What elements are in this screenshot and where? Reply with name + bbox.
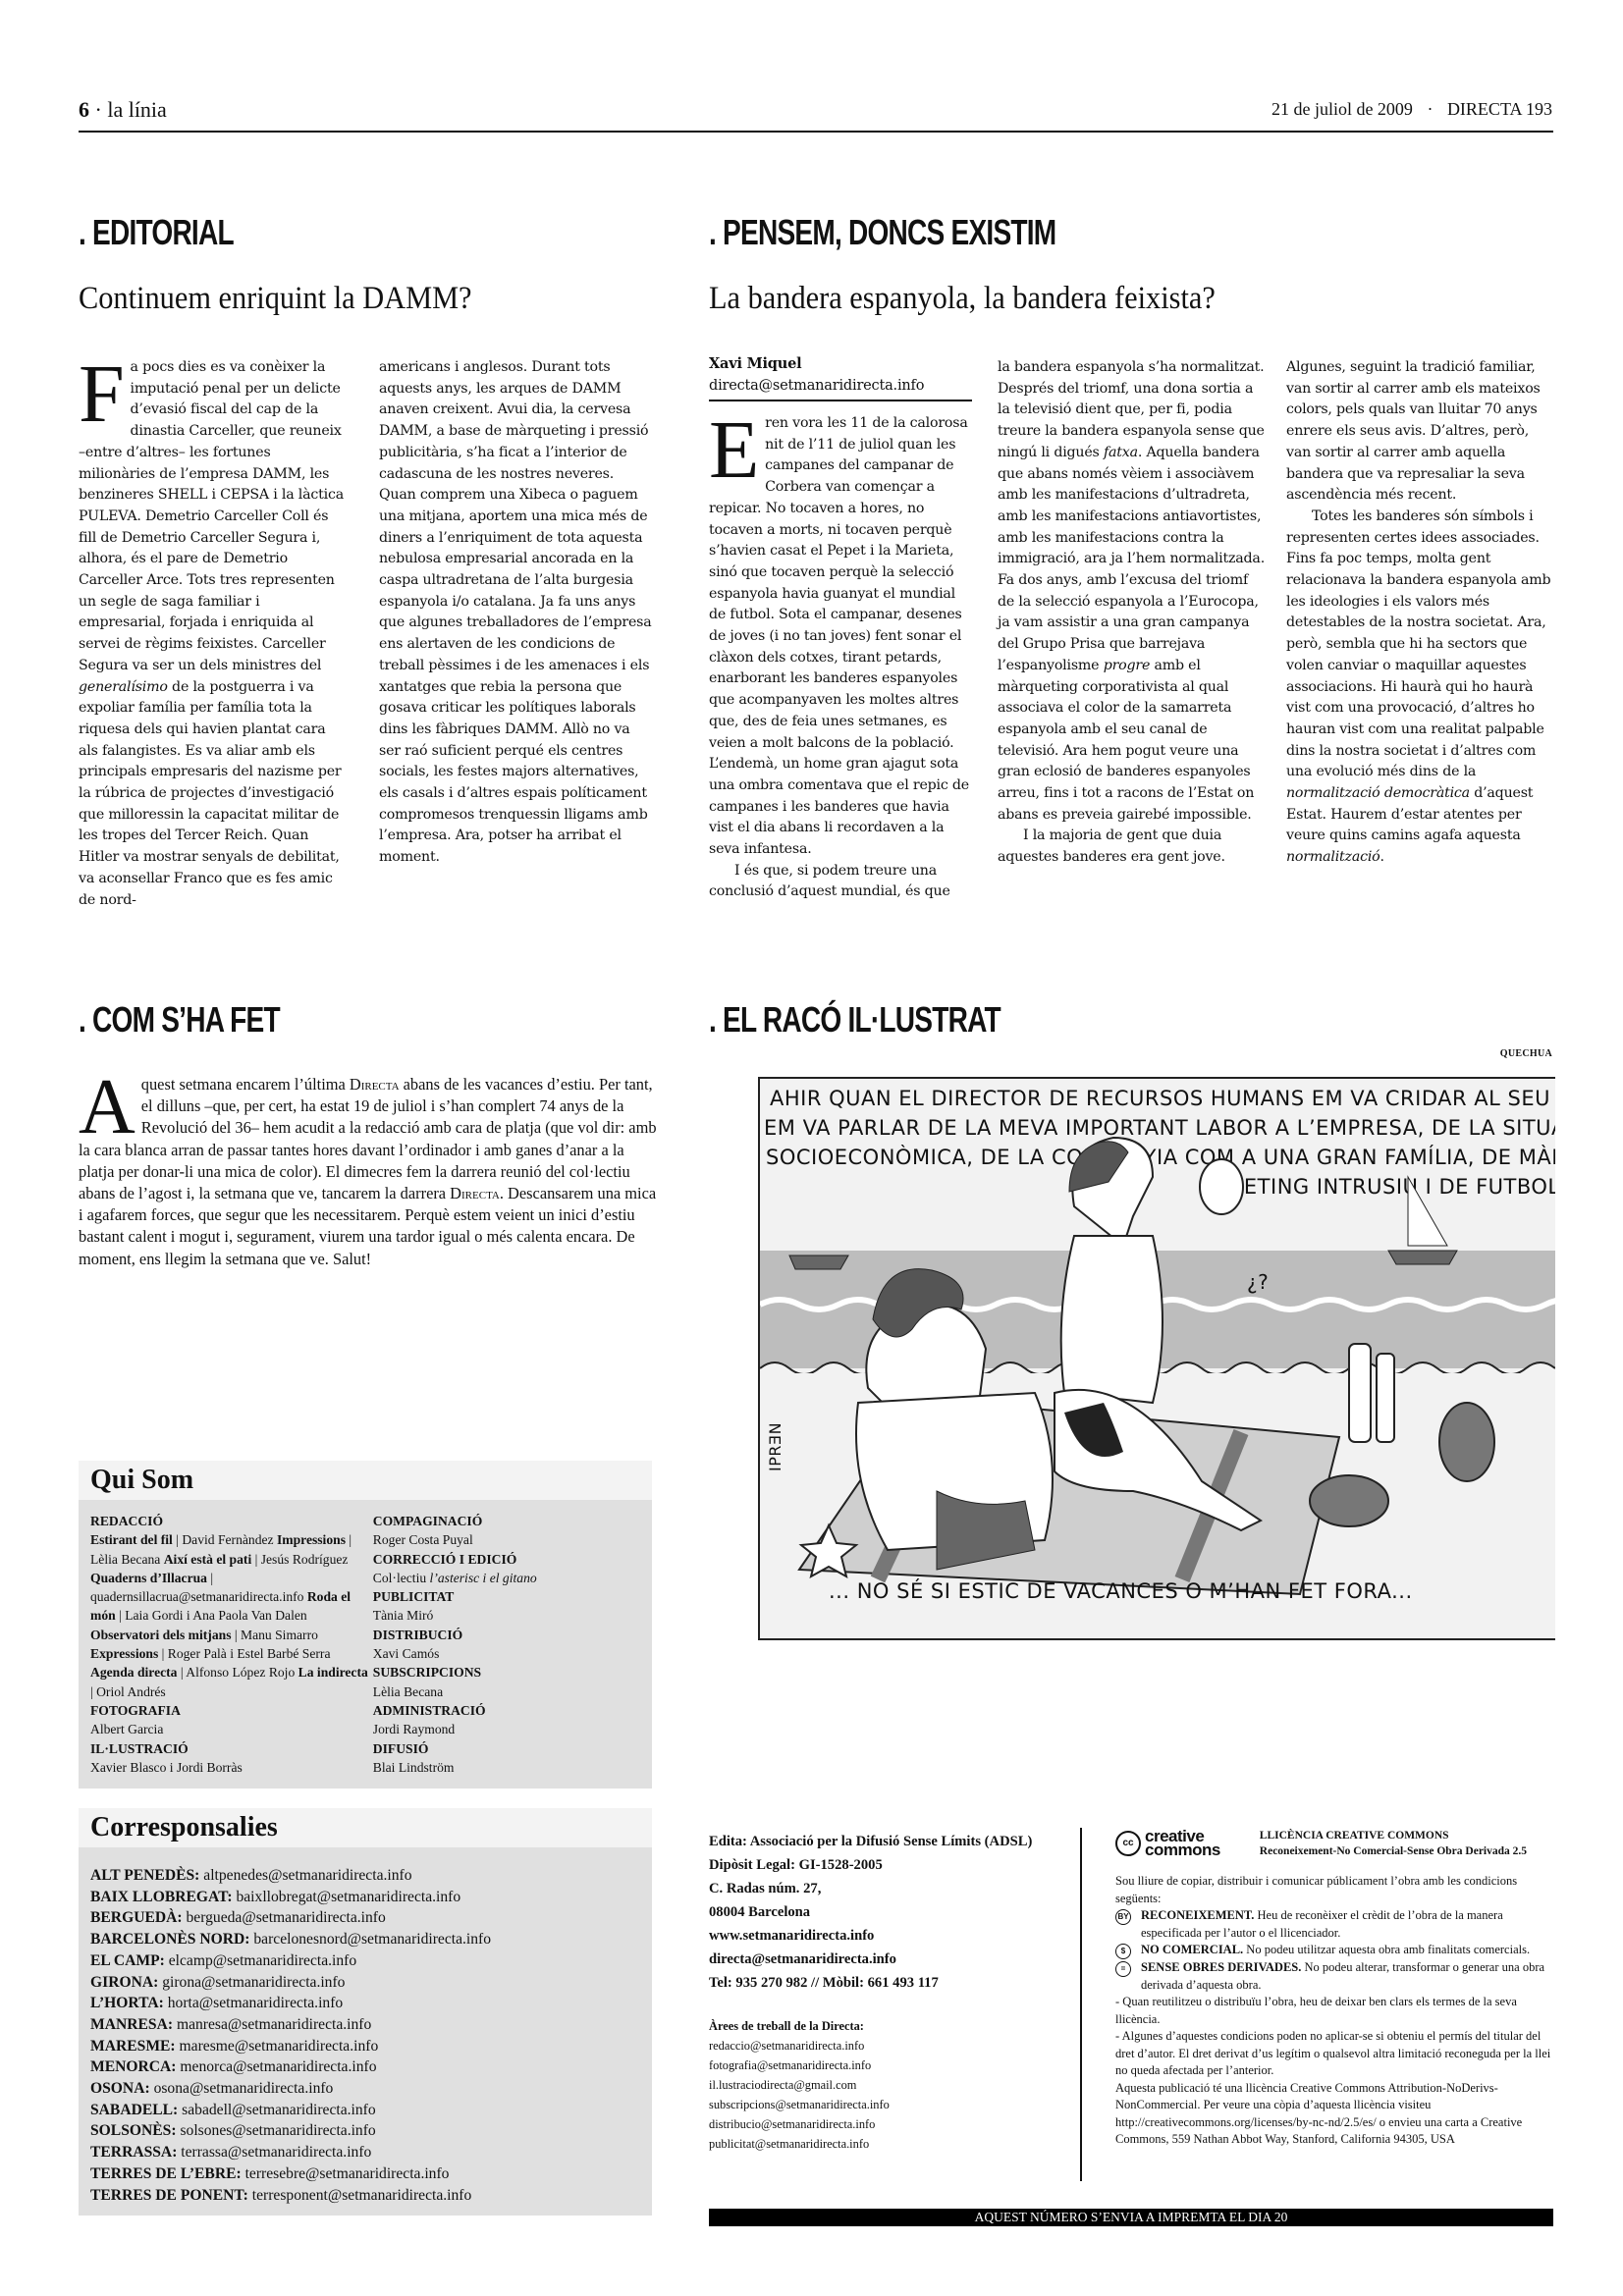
masthead-line: C. Radas núm. 27, xyxy=(709,1877,1032,1900)
corresponsalies-title: Corresponsalies xyxy=(79,1808,652,1847)
work-area-email[interactable]: publicitat@setmanaridirecta.info xyxy=(709,2134,890,2154)
artist-signature: IPRƎN xyxy=(766,1422,784,1471)
correspondent-row: OSONA: osona@setmanaridirecta.info xyxy=(90,2078,640,2100)
license-condition-text: RECONEIXEMENT. Heu de reconèixer el crèd… xyxy=(1141,1907,1557,1942)
contributor: | Manu Simarro xyxy=(231,1628,317,1642)
role-label: DISTRIBUCIÓ xyxy=(373,1626,640,1644)
license-condition-text: SENSE OBRES DERIVADES. No podeu alterar,… xyxy=(1141,1959,1557,1994)
region-email[interactable]: elcamp@setmanaridirecta.info xyxy=(169,1952,356,1969)
role-label: PUBLICITAT xyxy=(373,1587,640,1606)
editorial-column-1: F a pocs dies es va conèixer la imputaci… xyxy=(79,357,346,911)
correspondent-row: TERRASSA: terrassa@setmanaridirecta.info xyxy=(90,2142,640,2163)
creative-commons-icon: cc xyxy=(1115,1831,1141,1856)
region-label: L’HORTA: xyxy=(90,1995,164,2011)
region-label: BARCELONÈS NORD: xyxy=(90,1931,249,1948)
license-condition-icon: $ xyxy=(1115,1944,1131,1959)
region-email[interactable]: barcelonesnord@setmanaridirecta.info xyxy=(253,1931,491,1948)
illustrator-credit: QUECHUA xyxy=(1500,1048,1552,1059)
corresponsalies-box: Corresponsalies ALT PENEDÈS: altpenedes@… xyxy=(79,1808,652,2216)
role-value: Xavier Blasco i Jordi Borràs xyxy=(90,1758,373,1777)
page-number: 6 xyxy=(79,97,89,122)
role-label: DIFUSIÓ xyxy=(373,1739,640,1758)
corresponsalies-list: ALT PENEDÈS: altpenedes@setmanaridirecta… xyxy=(79,1847,652,2216)
condition-label: NO COMERCIAL. xyxy=(1141,1943,1243,1956)
contributor: | Roger Palà i Estel Barbé Serra xyxy=(158,1646,330,1661)
qui-som-box: Qui Som REDACCIÓ Estirant del fil | Davi… xyxy=(79,1461,652,1789)
work-area-email[interactable]: subscripcions@setmanaridirecta.info xyxy=(709,2095,890,2114)
opinion-column-3: Algunes, seguint la tradició familiar, v… xyxy=(1286,357,1553,869)
correspondent-row: L’HORTA: horta@setmanaridirecta.info xyxy=(90,1993,640,2014)
role-label: FOTOGRAFIA xyxy=(90,1701,373,1720)
opinion-column-1: Xavi Miquel directa@setmanaridirecta.inf… xyxy=(709,353,972,903)
masthead-line: 08004 Barcelona xyxy=(709,1900,1032,1924)
region-email[interactable]: altpenedes@setmanaridirecta.info xyxy=(203,1867,411,1884)
correspondent-row: GIRONA: girona@setmanaridirecta.info xyxy=(90,1972,640,1994)
cartoon-caption-bottom: ... NO SÉ SI ESTIC DE VACANCES O M’HAN F… xyxy=(829,1579,1413,1603)
license-note: - Quan reutilitzeu o distribuïu l’obra, … xyxy=(1115,1994,1557,2028)
region-email[interactable]: baixllobregat@setmanaridirecta.info xyxy=(236,1889,460,1905)
role-value: Blai Lindström xyxy=(373,1758,640,1777)
masthead-line: Edita: Associació per la Difusió Sense L… xyxy=(709,1830,1032,1853)
region-email[interactable]: terresponent@setmanaridirecta.info xyxy=(252,2187,471,2204)
license-intro: Sou lliure de copiar, distribuir i comun… xyxy=(1115,1873,1557,1907)
opinion-section-title: . PENSEM, DONCS EXISTIM xyxy=(709,212,1055,253)
masthead-line[interactable]: directa@setmanaridirecta.info xyxy=(709,1948,1032,1971)
role-label: CORRECCIÓ I EDICIÓ xyxy=(373,1550,640,1569)
qui-som-column-2: COMPAGINACIÓ Roger Costa Puyal CORRECCIÓ… xyxy=(373,1512,640,1777)
work-area-email[interactable]: redaccio@setmanaridirecta.info xyxy=(709,2036,890,2056)
cc-logo: cc creative commons LLICÈNCIA CREATIVE C… xyxy=(1115,1828,1557,1859)
editorial-paragraph: a pocs dies es va conèixer la imputació … xyxy=(79,357,346,911)
license-condition: =SENSE OBRES DERIVADES. No podeu alterar… xyxy=(1115,1959,1557,1994)
region-label: SOLSONÈS: xyxy=(90,2122,177,2139)
region-label: TERRASSA: xyxy=(90,2144,177,2161)
correspondent-row: BAIX LLOBREGAT: baixllobregat@setmanarid… xyxy=(90,1887,640,1908)
region-email[interactable]: terrassa@setmanaridirecta.info xyxy=(181,2144,371,2161)
page-header-right: 21 de juliol de 2009 · DIRECTA 193 xyxy=(1271,99,1552,120)
correspondent-row: TERRES DE PONENT: terresponent@setmanari… xyxy=(90,2185,640,2207)
editorial-paragraph: americans i anglesos. Durant tots aquest… xyxy=(379,357,654,869)
region-email[interactable]: manresa@setmanaridirecta.info xyxy=(177,2016,371,2033)
work-areas: Àrees de treball de la Directa: redaccio… xyxy=(709,2016,890,2154)
correspondent-row: SABADELL: sabadell@setmanaridirecta.info xyxy=(90,2100,640,2121)
license-conditions: BYRECONEIXEMENT. Heu de reconèixer el cr… xyxy=(1115,1907,1557,1994)
work-area-email[interactable]: fotografia@setmanaridirecta.info xyxy=(709,2056,890,2075)
opinion-headline: La bandera espanyola, la bandera feixist… xyxy=(709,281,1216,317)
header-dot: · xyxy=(1427,99,1433,119)
correspondent-row: SOLSONÈS: solsones@setmanaridirecta.info xyxy=(90,2120,640,2142)
region-email[interactable]: menorca@setmanaridirecta.info xyxy=(180,2058,376,2075)
role-label: COMPAGINACIÓ xyxy=(373,1512,640,1530)
issue-number: DIRECTA 193 xyxy=(1447,99,1552,119)
correspondent-row: MARESME: maresme@setmanaridirecta.info xyxy=(90,2036,640,2057)
region-email[interactable]: bergueda@setmanaridirecta.info xyxy=(186,1909,385,1926)
work-area-email[interactable]: distribucio@setmanaridirecta.info xyxy=(709,2114,890,2134)
qui-som-title: Qui Som xyxy=(79,1461,652,1500)
comshafet-dropcap: A xyxy=(79,1078,135,1137)
print-notice-bar: AQUEST NÚMERO S’ENVIA A IMPREMTA EL DIA … xyxy=(709,2209,1553,2226)
masthead-contact: Edita: Associació per la Difusió Sense L… xyxy=(709,1830,1032,1995)
contributor: | Laia Gordi i Ana Paola Van Dalen xyxy=(116,1608,307,1623)
opinion-paragraph: I la majoria de gent que duia aquestes b… xyxy=(998,826,1265,868)
cartoon-illustration: AHIR QUAN EL DIRECTOR DE RECURSOS HUMANS… xyxy=(758,1077,1555,1640)
masthead-line: Dipòsit Legal: GI-1528-2005 xyxy=(709,1853,1032,1877)
editorial-dropcap: F xyxy=(79,363,125,426)
region-label: TERRES DE L’EBRE: xyxy=(90,2165,242,2182)
beach-scene-drawing xyxy=(760,1079,1555,1638)
opinion-paragraph: I és que, si podem treure una conclusió … xyxy=(709,861,972,903)
section-name: Impressions xyxy=(277,1532,346,1547)
role-value: Tània Miró xyxy=(373,1606,640,1625)
opinion-paragraph: Algunes, seguint la tradició familiar, v… xyxy=(1286,357,1553,507)
section-name: La indirecta xyxy=(298,1665,368,1680)
editorial-section-title: . EDITORIAL xyxy=(79,212,234,253)
correspondent-row: BARCELONÈS NORD: barcelonesnord@setmanar… xyxy=(90,1929,640,1950)
byline-rule xyxy=(709,400,972,401)
region-label: MENORCA: xyxy=(90,2058,177,2075)
license-block: cc creative commons LLICÈNCIA CREATIVE C… xyxy=(1115,1828,1557,2149)
license-title: LLICÈNCIA CREATIVE COMMONS xyxy=(1260,1828,1527,1843)
brand-name: Directa xyxy=(350,1075,400,1094)
contributor: | Alfonso López Rojo xyxy=(177,1665,298,1680)
section-name: la línia xyxy=(107,97,166,122)
license-condition: $NO COMERCIAL. No podeu utilitzar aquest… xyxy=(1115,1942,1557,1959)
contributor: | Oriol Andrés xyxy=(90,1684,166,1699)
condition-label: SENSE OBRES DERIVADES. xyxy=(1141,1960,1301,1974)
region-email[interactable]: horta@setmanaridirecta.info xyxy=(168,1995,343,2011)
correspondent-row: BERGUEDÀ: bergueda@setmanaridirecta.info xyxy=(90,1907,640,1929)
region-label: GIRONA: xyxy=(90,1974,158,1991)
role-value: Albert Garcia xyxy=(90,1720,373,1738)
license-condition-icon: BY xyxy=(1115,1909,1131,1925)
region-label: EL CAMP: xyxy=(90,1952,165,1969)
raco-section-title: . EL RACÓ IL·LUSTRAT xyxy=(709,999,1001,1041)
header-rule xyxy=(79,131,1553,133)
brand-name: Directa xyxy=(450,1184,500,1202)
region-email[interactable]: terresebre@setmanaridirecta.info xyxy=(245,2165,450,2182)
column-divider xyxy=(1080,1828,1082,2181)
region-label: BAIX LLOBREGAT: xyxy=(90,1889,233,1905)
opinion-paragraph: la bandera espanyola s’ha normalitzat. D… xyxy=(998,357,1265,826)
contributor: | Jesús Rodríguez xyxy=(251,1552,348,1567)
editorial-headline: Continuem enriquint la DAMM? xyxy=(79,281,472,317)
role-label: SUBSCRIPCIONS xyxy=(373,1663,640,1682)
role-label: IL·LUSTRACIÓ xyxy=(90,1739,373,1758)
region-label: OSONA: xyxy=(90,2080,150,2097)
region-label: TERRES DE PONENT: xyxy=(90,2187,248,2204)
region-label: MARESME: xyxy=(90,2038,176,2055)
correspondent-row: MENORCA: menorca@setmanaridirecta.info xyxy=(90,2056,640,2078)
license-condition-text: NO COMERCIAL. No podeu utilitzar aquesta… xyxy=(1141,1942,1530,1959)
region-email[interactable]: girona@setmanaridirecta.info xyxy=(162,1974,345,1991)
correspondent-row: MANRESA: manresa@setmanaridirecta.info xyxy=(90,2014,640,2036)
work-area-email[interactable]: il.lustraciodirecta@gmail.com xyxy=(709,2075,890,2095)
license-note: Aquesta publicació té una llicència Crea… xyxy=(1115,2080,1557,2149)
section-name: Quaderns d’Illacrua xyxy=(90,1571,207,1585)
region-label: MANRESA: xyxy=(90,2016,173,2033)
role-value: Roger Costa Puyal xyxy=(373,1530,640,1549)
license-condition: BYRECONEIXEMENT. Heu de reconèixer el cr… xyxy=(1115,1907,1557,1942)
role-value: Jordi Raymond xyxy=(373,1720,640,1738)
comshafet-section-title: . COM S’HA FET xyxy=(79,999,280,1041)
author-name: Xavi Miquel xyxy=(709,355,801,372)
condition-label: RECONEIXEMENT. xyxy=(1141,1908,1254,1922)
region-email[interactable]: sabadell@setmanaridirecta.info xyxy=(182,2102,376,2118)
region-email[interactable]: osona@setmanaridirecta.info xyxy=(154,2080,334,2097)
section-name: Així està el pati xyxy=(164,1552,251,1567)
page-header-left: 6 · la línia xyxy=(79,97,167,123)
region-email[interactable]: maresme@setmanaridirecta.info xyxy=(180,2038,379,2055)
role-value: Xavi Camós xyxy=(373,1644,640,1663)
qui-som-column-1: REDACCIÓ Estirant del fil | David Fernàn… xyxy=(90,1512,373,1777)
header-separator: · xyxy=(95,97,108,122)
section-name: Observatori dels mitjans xyxy=(90,1628,231,1642)
license-subtitle: Reconeixement-No Comercial-Sense Obra De… xyxy=(1260,1843,1527,1859)
correspondent-row: TERRES DE L’EBRE: terresebre@setmanaridi… xyxy=(90,2163,640,2185)
opinion-dropcap: E xyxy=(709,419,759,482)
section-name: Estirant del fil xyxy=(90,1532,173,1547)
masthead-line: Tel: 935 270 982 // Mòbil: 661 493 117 xyxy=(709,1971,1032,1995)
opinion-paragraph: Totes les banderes són símbols i represe… xyxy=(1286,507,1553,869)
region-label: ALT PENEDÈS: xyxy=(90,1867,199,1884)
role-value: Col·lectiu l’asterisc i el gitano xyxy=(373,1569,640,1587)
opinion-column-2: la bandera espanyola s’ha normalitzat. D… xyxy=(998,357,1265,869)
section-name: Expressions xyxy=(90,1646,158,1661)
masthead-line[interactable]: www.setmanaridirecta.info xyxy=(709,1924,1032,1948)
redaccio-list: Estirant del fil | David Fernàndez Impre… xyxy=(90,1530,373,1701)
role-label: ADMINISTRACIÓ xyxy=(373,1701,640,1720)
author-email[interactable]: directa@setmanaridirecta.info xyxy=(709,378,924,394)
contributor: | David Fernàndez xyxy=(173,1532,277,1547)
editorial-column-2: americans i anglesos. Durant tots aquest… xyxy=(379,357,654,869)
region-email[interactable]: solsones@setmanaridirecta.info xyxy=(180,2122,375,2139)
role-value: Lèlia Becana xyxy=(373,1682,640,1701)
work-areas-title: Àrees de treball de la Directa: xyxy=(709,2016,890,2036)
license-condition-icon: = xyxy=(1115,1961,1131,1977)
correspondent-row: EL CAMP: elcamp@setmanaridirecta.info xyxy=(90,1950,640,1972)
issue-date: 21 de juliol de 2009 xyxy=(1271,99,1413,119)
role-label: REDACCIÓ xyxy=(90,1512,373,1530)
license-notes: - Quan reutilitzeu o distribuïu l’obra, … xyxy=(1115,1994,1557,2149)
speech-bubble-text: ¿? xyxy=(1247,1270,1269,1294)
region-label: BERGUEDÀ: xyxy=(90,1909,183,1926)
byline: Xavi Miquel directa@setmanaridirecta.inf… xyxy=(709,353,972,397)
region-label: SABADELL: xyxy=(90,2102,178,2118)
section-name: Agenda directa xyxy=(90,1665,177,1680)
license-note: - Algunes d’aquestes condicions poden no… xyxy=(1115,2028,1557,2080)
comshafet-body: A quest setmana encarem l’última Directa… xyxy=(79,1074,658,1270)
correspondent-row: ALT PENEDÈS: altpenedes@setmanaridirecta… xyxy=(90,1865,640,1887)
